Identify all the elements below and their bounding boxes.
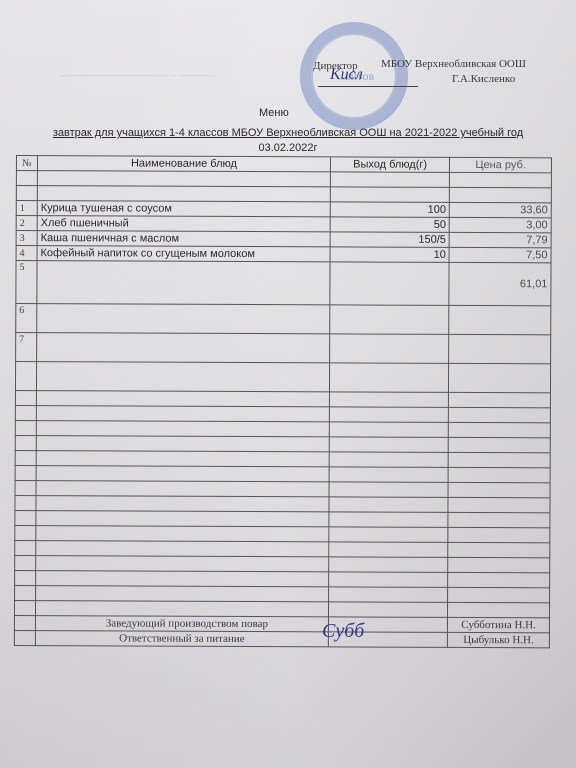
cell-num: 7 — [16, 333, 37, 362]
header-yield: Выход блюд(г) — [330, 157, 449, 173]
table-row: 6 — [16, 304, 551, 335]
cell-yield: 100 — [330, 202, 449, 218]
responsible-label: Ответственный за питание — [35, 631, 328, 647]
cell-name: Курица тушеная с соусом — [37, 201, 330, 217]
header-price: Цена руб. — [450, 157, 552, 172]
cell-yield: 50 — [330, 217, 449, 233]
cell-name: Хлеб пшеничный — [37, 216, 330, 232]
menu-table: № Наименование блюд Выход блюд(г) Цена р… — [14, 155, 552, 648]
table-row: 7 — [16, 333, 551, 364]
director-signature: Кисл — [330, 66, 363, 84]
signature-line — [318, 86, 418, 87]
table-row-total: 5 61,01 — [16, 261, 551, 306]
bleed-through-text: ———————————— ·· ———— — [60, 70, 215, 80]
cell-yield: 10 — [330, 247, 449, 263]
table-row-empty — [15, 362, 550, 393]
cook-label: Заведующий производством повар — [35, 616, 328, 632]
approval-name: Г.А.Кисленко — [452, 73, 515, 85]
cell-name: Кофейный напиток со сгущеным молоком — [37, 246, 330, 262]
cook-signature: Субб — [322, 620, 364, 643]
document-date: 03.02.2022г — [0, 142, 576, 154]
cook-name: Субботина Н.Н. — [448, 617, 550, 632]
cell-num: 3 — [16, 231, 37, 246]
cell-num: 6 — [16, 304, 37, 333]
cell-num: 4 — [16, 246, 37, 261]
cell-num: 5 — [16, 261, 37, 304]
cell-num: 1 — [16, 201, 37, 216]
approval-organization: МБОУ Верхнеобливская ООШ — [381, 58, 526, 70]
cell-price: 33,60 — [450, 202, 552, 217]
cell-price: 7,50 — [449, 247, 551, 262]
document-subtitle: завтрак для учащихся 1-4 классов МБОУ Ве… — [0, 127, 576, 139]
cell-num: 2 — [16, 216, 37, 231]
footer-row-responsible: Ответственный за питание Цыбулько Н.Н. — [14, 630, 549, 647]
header-num: № — [16, 156, 37, 171]
cell-total-price: 61,01 — [449, 262, 551, 305]
responsible-name: Цыбулько Н.Н. — [448, 632, 550, 647]
cell-name: Каша пшеничная с маслом — [37, 231, 330, 247]
document-title: Меню — [259, 107, 289, 119]
cell-price: 3,00 — [449, 217, 551, 232]
header-name: Наименование блюд — [37, 156, 330, 172]
cell-price: 7,79 — [449, 232, 551, 247]
cell-yield: 150/5 — [330, 232, 449, 248]
subtitle-text: завтрак для учащихся 1-4 классов МБОУ Ве… — [53, 127, 523, 139]
